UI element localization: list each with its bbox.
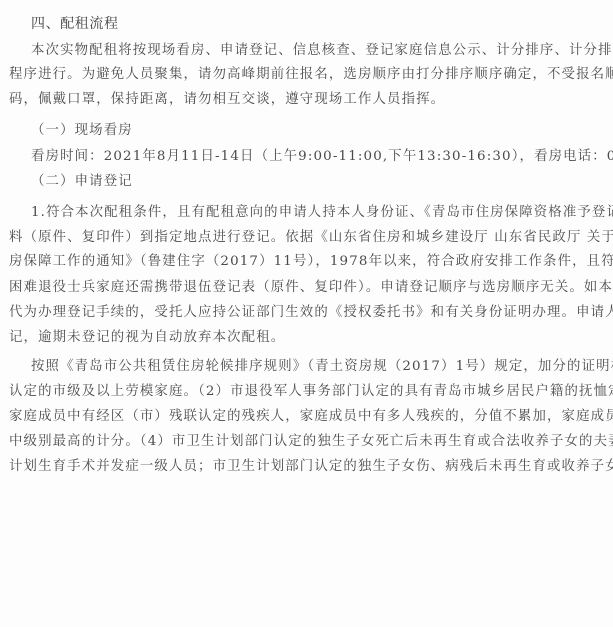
registration-line: 代为办理登记手续的，受托人应持公证部门生效的《授权委托书》和有关身份证明办理。申… (9, 304, 613, 322)
registration-line: 1.符合本次配租条件，且有配租意向的申请人持本人身份证、《青岛市住房保障资格准予… (31, 204, 613, 222)
bonus-line: 中级别最高的计分。（4）市卫生计划部门认定的独生子女死亡后未再生育或合法收养子女… (9, 433, 613, 451)
registration-line: 料（原件、复印件）到指定地点进行登记。依据《山东省住房和城乡建设厅 山东省民政厅… (9, 229, 613, 247)
registration-line: 记，逾期未登记的视为自动放弃本次配租。 (9, 329, 285, 347)
bonus-line: 认定的市级及以上劳模家庭。（2）市退役军人事务部门认定的具有青岛市城乡居民户籍的… (9, 383, 613, 401)
viewing-time-line: 看房时间：2021年8月11日-14日（上午9:00-11:00,下午13:30… (31, 148, 613, 166)
intro-line: 本次实物配租将按现场看房、申请登记、信息核查、登记家庭信息公示、计分排序、计分排… (31, 42, 613, 60)
bonus-line: 计划生育手术并发症一级人员；市卫生计划部门认定的独生子女伤、病残后未再生育或收养… (9, 458, 613, 476)
subheading-viewing: （一）现场看房 (31, 122, 133, 140)
section-title: 四、配租流程 (31, 15, 119, 33)
bonus-line: 按照《青岛市公共租赁住房轮候排序规则》（青土资房规（2017）1号）规定，加分的… (31, 358, 613, 376)
registration-line: 困难退役士兵家庭还需携带退伍登记表（原件、复印件）。申请登记顺序与选房顺序无关。… (9, 279, 613, 297)
subheading-registration: （二）申请登记 (31, 173, 133, 191)
intro-line: 码，佩戴口罩，保持距离，请勿相互交谈，遵守现场工作人员指挥。 (9, 91, 445, 109)
intro-line: 程序进行。为避免人员聚集，请勿高峰期前往报名，选房顺序由打分排序顺序确定，不受报… (9, 66, 613, 84)
registration-line: 房保障工作的通知》（鲁建住字（2017）11号），1978年以来，符合政府安排工… (9, 253, 613, 271)
document-page: 四、配租流程 本次实物配租将按现场看房、申请登记、信息核查、登记家庭信息公示、计… (0, 0, 613, 627)
bonus-line: 家庭成员中有经区（市）残联认定的残疾人，家庭成员中有多人残疾的，分值不累加，家庭… (9, 408, 613, 426)
